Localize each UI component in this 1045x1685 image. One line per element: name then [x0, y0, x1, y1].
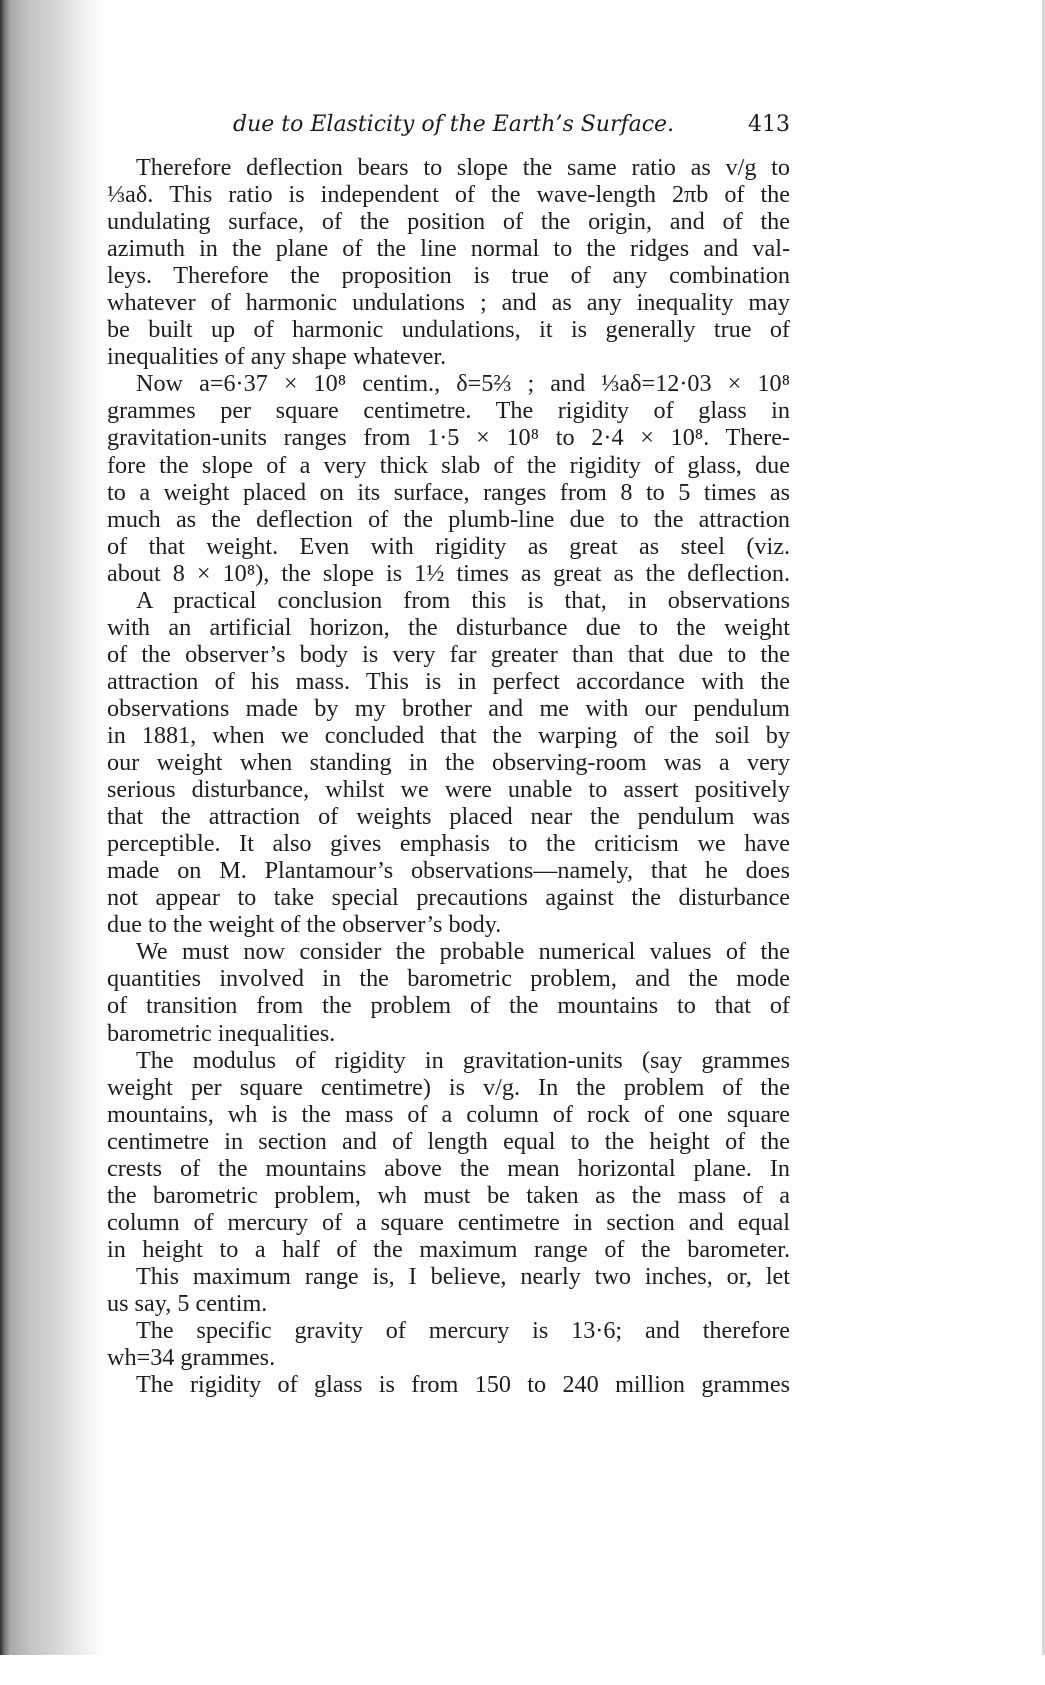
- text-line: column of mercury of a square centimetre…: [107, 1209, 790, 1236]
- paragraph: The modulus of rigidity in gravitation-u…: [107, 1047, 790, 1263]
- text-line: much as the deflection of the plumb-line…: [107, 506, 790, 533]
- paragraph: A practical conclusion from this is that…: [107, 587, 790, 939]
- paragraph: Now a=6·37 × 10⁸ centim., δ=5⅔ ; and ⅓aδ…: [107, 370, 790, 586]
- text-line: our weight when standing in the observin…: [107, 749, 790, 776]
- text-line: to a weight placed on its surface, range…: [107, 479, 790, 506]
- text-line: Therefore deflection bears to slope the …: [107, 154, 790, 181]
- text-line: gravitation-units ranges from 1·5 × 10⁸ …: [107, 424, 790, 451]
- text-line: crests of the mountains above the mean h…: [107, 1155, 790, 1182]
- text-line: quantities involved in the barometric pr…: [107, 965, 790, 992]
- text-line: attraction of his mass. This is in perfe…: [107, 668, 790, 695]
- text-line: This maximum range is, I believe, nearly…: [107, 1263, 790, 1290]
- text-line: fore the slope of a very thick slab of t…: [107, 452, 790, 479]
- scanned-page: due to Elasticity of the Earth’s Surface…: [0, 0, 1045, 1655]
- text-line: serious disturbance, whilst we were unab…: [107, 776, 790, 803]
- text-line: of that weight. Even with rigidity as gr…: [107, 533, 790, 560]
- text-line: with an artificial horizon, the disturba…: [107, 614, 790, 641]
- text-line: inequalities of any shape whatever.: [107, 343, 790, 370]
- text-line: of the observer’s body is very far great…: [107, 641, 790, 668]
- text-line: undulating surface, of the position of t…: [107, 208, 790, 235]
- text-line: The rigidity of glass is from 150 to 240…: [107, 1371, 790, 1398]
- book-gutter-shadow: [0, 0, 100, 1655]
- text-line: wh=34 grammes.: [107, 1344, 790, 1371]
- text-line: grammes per square centimetre. The rigid…: [107, 397, 790, 424]
- paragraph: This maximum range is, I believe, nearly…: [107, 1263, 790, 1317]
- page-number: 413: [748, 112, 790, 137]
- paragraph: Therefore deflection bears to slope the …: [107, 154, 790, 370]
- paragraph: The specific gravity of mercury is 13·6;…: [107, 1317, 790, 1371]
- running-head: due to Elasticity of the Earth’s Surface…: [107, 112, 790, 142]
- text-line: mountains, wh is the mass of a column of…: [107, 1101, 790, 1128]
- running-title: due to Elasticity of the Earth’s Surface…: [233, 112, 674, 137]
- text-line: azimuth in the plane of the line normal …: [107, 235, 790, 262]
- text-line: A practical conclusion from this is that…: [107, 587, 790, 614]
- text-line: perceptible. It also gives emphasis to t…: [107, 830, 790, 857]
- text-line: in height to a half of the maximum range…: [107, 1236, 790, 1263]
- text-line: The modulus of rigidity in gravitation-u…: [107, 1047, 790, 1074]
- text-line: centimetre in section and of length equa…: [107, 1128, 790, 1155]
- text-line: due to the weight of the observer’s body…: [107, 911, 790, 938]
- text-line: leys. Therefore the proposition is true …: [107, 262, 790, 289]
- text-line: weight per square centimetre) is v/g. In…: [107, 1074, 790, 1101]
- text-line: made on M. Plantamour’s observations—nam…: [107, 857, 790, 884]
- text-line: observations made by my brother and me w…: [107, 695, 790, 722]
- text-line: whatever of harmonic undulations ; and a…: [107, 289, 790, 316]
- text-line: Now a=6·37 × 10⁸ centim., δ=5⅔ ; and ⅓aδ…: [107, 370, 790, 397]
- text-line: the barometric problem, wh must be taken…: [107, 1182, 790, 1209]
- text-line: of transition from the problem of the mo…: [107, 992, 790, 1019]
- text-line: We must now consider the probable numeri…: [107, 938, 790, 965]
- paragraph: The rigidity of glass is from 150 to 240…: [107, 1371, 790, 1398]
- text-line: ⅓aδ. This ratio is independent of the wa…: [107, 181, 790, 208]
- body-text: Therefore deflection bears to slope the …: [107, 154, 790, 1398]
- text-line: us say, 5 centim.: [107, 1290, 790, 1317]
- text-line: barometric inequalities.: [107, 1020, 790, 1047]
- text-line: be built up of harmonic undulations, it …: [107, 316, 790, 343]
- text-line: that the attraction of weights placed ne…: [107, 803, 790, 830]
- text-line: in 1881, when we concluded that the warp…: [107, 722, 790, 749]
- paragraph: We must now consider the probable numeri…: [107, 938, 790, 1046]
- text-line: about 8 × 10⁸), the slope is 1½ times as…: [107, 560, 790, 587]
- text-line: not appear to take special precautions a…: [107, 884, 790, 911]
- text-line: The specific gravity of mercury is 13·6;…: [107, 1317, 790, 1344]
